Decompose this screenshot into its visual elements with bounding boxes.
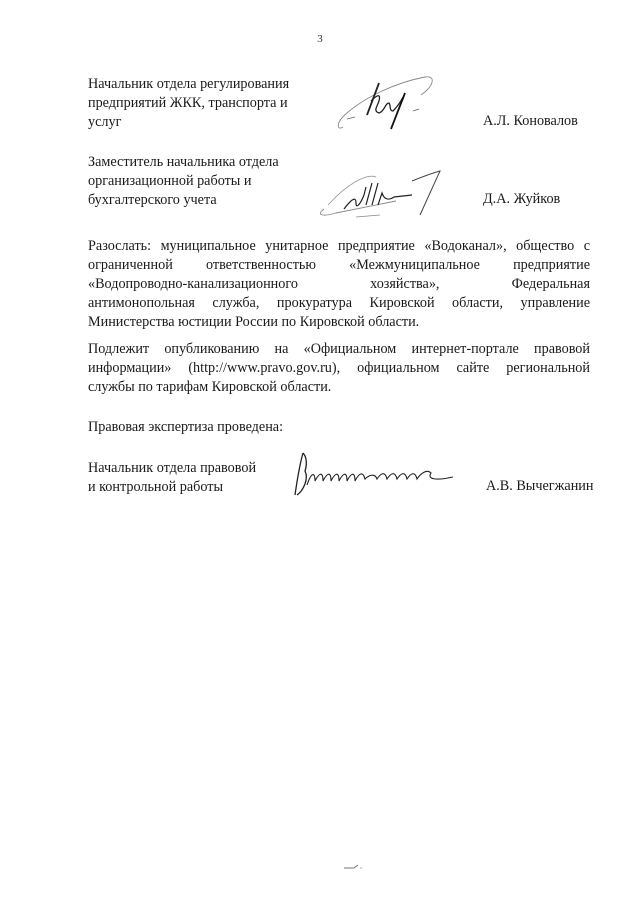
paragraph-line: «Водопроводно-канализационного хозяйства… (88, 275, 590, 294)
legal-review-statement: Правовая экспертиза проведена: (88, 418, 590, 437)
statement-text: Правовая экспертиза проведена: (88, 418, 590, 437)
title-line: организационной работы и (88, 172, 328, 191)
handwritten-signature-icon (316, 165, 446, 223)
paragraph-line: Министерства юстиции России по Кировской… (88, 313, 590, 332)
paragraph-line: ограниченной ответственностью «Межмуници… (88, 256, 590, 275)
distribution-list: Разослать: муниципальное унитарное предп… (88, 237, 590, 332)
signature-block-konovalov: Начальник отдела регулирования предприят… (88, 75, 598, 135)
signatory-name: А.Л. Коновалов (483, 113, 578, 130)
handwritten-signature-icon (333, 71, 443, 137)
paragraph-line: антимонопольная служба, прокуратура Киро… (88, 294, 590, 313)
title-line: Начальник отдела регулирования (88, 75, 328, 94)
signatory-name: А.В. Вычегжанин (486, 478, 593, 495)
signatory-title: Начальник отдела правовой и контрольной … (88, 459, 328, 497)
title-line: услуг (88, 113, 328, 132)
paragraph-line: Подлежит опубликованию на «Официальном и… (88, 340, 590, 359)
page-number: 3 (0, 33, 640, 45)
title-line: и контрольной работы (88, 478, 328, 497)
signature-block-vychegzhanin: Начальник отдела правовой и контрольной … (88, 459, 598, 509)
signatory-title: Заместитель начальника отдела организаци… (88, 153, 328, 210)
signatory-title: Начальник отдела регулирования предприят… (88, 75, 328, 132)
signatory-name: Д.А. Жуйков (483, 191, 560, 208)
paragraph-line: службы по тарифам Кировской области. (88, 378, 590, 397)
title-line: предприятий ЖКК, транспорта и (88, 94, 328, 113)
paragraph-line: Разослать: муниципальное унитарное предп… (88, 237, 590, 256)
signature-block-zhuikov: Заместитель начальника отдела организаци… (88, 153, 598, 213)
scan-mark-icon (340, 862, 370, 872)
handwritten-signature-icon (293, 451, 463, 501)
title-line: Начальник отдела правовой (88, 459, 328, 478)
paragraph-line: информации» (http://www.pravo.gov.ru), о… (88, 359, 590, 378)
publication-notice: Подлежит опубликованию на «Официальном и… (88, 340, 590, 397)
title-line: бухгалтерского учета (88, 191, 328, 210)
title-line: Заместитель начальника отдела (88, 153, 328, 172)
